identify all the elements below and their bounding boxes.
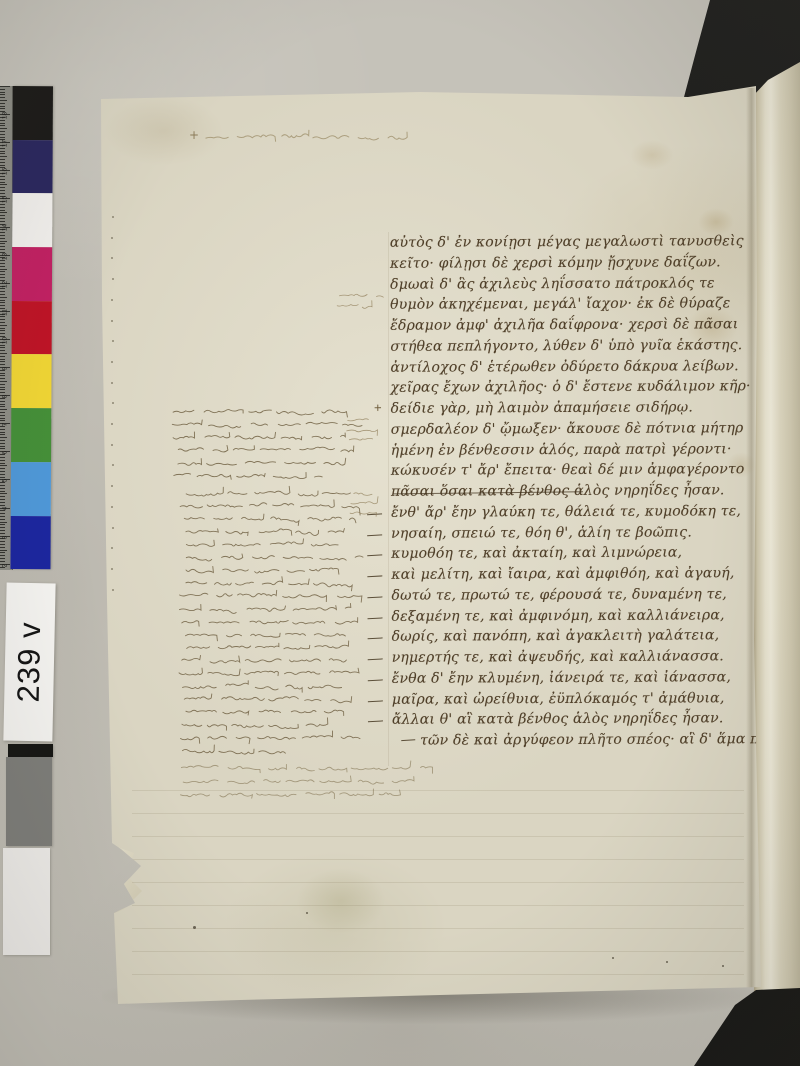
ruler-tick	[0, 86, 10, 87]
side-note-mid	[346, 414, 390, 458]
verse-line: σμερδαλέον δ' ᾤμωξεν· ἄκουσε δὲ πότνια μ…	[391, 420, 744, 442]
ruler-tick	[0, 527, 5, 528]
ruler-tick	[0, 294, 5, 295]
ruler-tick	[0, 544, 5, 545]
ruler-tick	[0, 297, 7, 298]
ruler-tick	[0, 381, 7, 382]
verse-line: ἀντίλοχος δ' ἑτέρωθεν ὀδύρετο δάκρυα λεί…	[390, 358, 738, 380]
ruler-tick	[0, 499, 5, 500]
color-patch-yellow	[11, 354, 51, 408]
ruler-tick	[0, 465, 7, 466]
verse-line: δωτώ τε, πρωτώ τε, φέρουσά τε, δυναμένη …	[391, 586, 727, 607]
ruler-number: 18	[2, 110, 9, 122]
ruler-tick	[0, 94, 5, 95]
ruler-number: 16	[2, 166, 9, 178]
verse-line: τῶν δὲ καὶ ἀργύφεον πλῆτο σπέος· αἳ δ' ἅ…	[392, 731, 794, 753]
ruler-tick	[0, 468, 5, 469]
ink-speck	[666, 961, 668, 963]
ruler-tick	[0, 106, 5, 107]
grayscale-patch-white	[3, 848, 50, 955]
pricking-hole	[111, 444, 113, 446]
pricking-hole	[112, 216, 114, 218]
ruler-tick	[0, 471, 5, 472]
ruler-number: 7	[2, 419, 9, 431]
color-patch-black	[13, 86, 53, 140]
verse-line: θυμὸν ἀκηχέμεναι, μεγάλ' ἴαχον· ἐκ δὲ θύ…	[390, 296, 730, 317]
header-cross-mark: +	[189, 128, 199, 142]
ruler-tick	[0, 128, 7, 129]
ruler-tick	[0, 350, 5, 351]
verse-line: νησαίη, σπειώ τε, θόη θ', ἁλίη τε βοῶπις…	[391, 524, 692, 545]
ruler-tick	[0, 496, 5, 497]
verse-line: δείδιε γὰρ, μὴ λαιμὸν ἀπαμήσειε σιδήρῳ.+	[391, 399, 693, 420]
ruler-tick	[0, 555, 5, 556]
ruler-number: 13	[2, 250, 9, 262]
ruler-number: 12	[2, 278, 9, 290]
verse-line: κυμοθόη τε, καὶ ἀκταίη, καὶ λιμνώρεια,	[391, 545, 682, 566]
ruling-line	[132, 905, 744, 906]
ruling-line	[132, 974, 744, 975]
ruling-line	[132, 859, 744, 860]
ruler-tick	[0, 215, 5, 216]
pricking-hole	[112, 527, 114, 529]
pricking-hole	[111, 320, 113, 322]
verse-line: πᾶσαι ὅσαι κατὰ βένθος ἁλὸς νηρηΐδες ἦσα…	[391, 482, 725, 503]
ruler-tick	[0, 246, 5, 247]
ruler-tick	[0, 131, 5, 132]
ruler-tick	[0, 319, 5, 320]
folio-number-text: 239 v	[11, 621, 49, 703]
pricking-hole	[112, 464, 114, 466]
ruler-tick	[0, 266, 5, 267]
ink-speck	[612, 957, 614, 959]
pricking-hole	[111, 237, 113, 239]
ruler-tick	[0, 238, 5, 239]
ruler-tick	[0, 347, 5, 348]
ruler-tick	[0, 123, 5, 124]
color-patch-red	[12, 301, 52, 355]
verse-line: καὶ μελίτη, καὶ ἴαιρα, καὶ ἀμφιθόη, καὶ …	[391, 565, 734, 586]
color-patch-light-blue	[11, 462, 51, 516]
ruler-tick	[0, 271, 5, 272]
color-patch-white	[12, 193, 52, 247]
ruler-tick	[0, 100, 7, 101]
ruler-number: 5	[2, 475, 9, 487]
ruler-tick	[0, 356, 5, 357]
parchment-stain	[630, 140, 674, 170]
color-patch-dark-blue	[10, 515, 50, 569]
ruler-number: 2	[2, 559, 9, 571]
verse-line: ἄλλαι θ' αἳ κατὰ βένθος ἁλὸς νηρηΐδες ἦσ…	[392, 711, 724, 732]
ruler-tick	[0, 89, 5, 90]
ruler-tick	[0, 493, 7, 494]
ruler-tick	[0, 378, 5, 379]
strike-through-mark	[393, 491, 583, 494]
ruler-tick	[0, 463, 5, 464]
ruler-tick	[0, 218, 5, 219]
ruling-line	[132, 836, 744, 837]
ruler-number: 17	[2, 138, 9, 150]
grayscale-patch-gray	[6, 757, 52, 846]
ruler-tick	[0, 103, 5, 104]
ruler-tick	[0, 241, 7, 242]
obelus-mark	[401, 731, 415, 741]
folio-number-label: 239 v	[3, 583, 55, 742]
verse-line: ἡμένη ἐν βένθεσσιν ἁλός, παρὰ πατρὶ γέρο…	[391, 441, 732, 462]
pricking-hole	[111, 423, 113, 425]
ruling-line	[132, 813, 744, 814]
ruler-tick	[0, 92, 5, 93]
ruler-tick	[0, 134, 5, 135]
ruler-tick	[0, 159, 5, 160]
pricking-hole	[112, 589, 114, 591]
ruler-tick	[0, 212, 7, 213]
parchment-stain	[296, 868, 386, 934]
verse-line: κώκυσέν τ' ἄρ' ἔπειτα· θεαὶ δέ μιν ἀμφαγ…	[391, 461, 745, 483]
ruler-tick	[0, 190, 5, 191]
verse-line: ἔδραμον ἀμφ' ἀχιλῆα δαΐφρονα· χερσὶ δὲ π…	[390, 316, 738, 338]
pricking-hole	[111, 568, 113, 570]
ruler-number: 11	[2, 306, 9, 318]
book-fore-edge	[753, 50, 800, 1035]
verse-line: δμωαὶ δ' ἃς ἀχιλεὺς ληΐσσατο πάτροκλός τ…	[390, 275, 715, 296]
marginal-plus-mark: +	[374, 403, 383, 414]
verse-line: νημερτής τε, καὶ ἀψευδής, καὶ καλλιάνασσ…	[392, 648, 724, 669]
pricking-hole	[112, 402, 114, 404]
color-calibration-bar	[10, 86, 53, 569]
ruler-tick	[0, 353, 7, 354]
ruler-tick	[0, 519, 5, 520]
main-text-iliad-lines: αὐτὸς δ' ἐν κονίῃσι μέγας μεγαλωστὶ τανυ…	[390, 233, 746, 765]
grayscale-patch-black	[8, 744, 53, 757]
ruler-tick	[0, 415, 5, 416]
ruler-tick	[0, 274, 5, 275]
pricking-hole	[112, 278, 114, 280]
ruler-tick	[0, 151, 5, 152]
ruler-tick	[0, 322, 5, 323]
ruler-tick	[0, 359, 5, 360]
verse-line: κεῖτο· φίλῃσι δὲ χερσὶ κόμην ᾔσχυνε δαΐζ…	[390, 254, 721, 275]
ruler-tick	[0, 291, 5, 292]
ruler-tick	[0, 243, 5, 244]
pricking-hole	[111, 547, 113, 549]
page-right-crease	[746, 88, 756, 988]
ruler-tick	[0, 179, 5, 180]
verse-line: μαῖρα, καὶ ὠρείθυια, ἐϋπλόκαμός τ' ἀμάθυ…	[392, 690, 725, 711]
ruling-line	[132, 951, 744, 952]
ink-speck	[722, 965, 724, 967]
ruler-tick	[0, 235, 5, 236]
ruler-tick	[0, 330, 5, 331]
ruler-tick	[0, 412, 5, 413]
pricking-hole	[111, 299, 113, 301]
pricking-hole	[111, 485, 113, 487]
scholium-left-upper	[172, 406, 372, 497]
ruler-tick	[0, 156, 7, 157]
ruler-tick	[0, 210, 5, 211]
ruler-tick	[0, 443, 5, 444]
color-patch-navy	[12, 140, 52, 194]
pricking-hole	[111, 257, 113, 259]
ruler-tick	[0, 375, 5, 376]
ruler-number: 10	[2, 334, 9, 346]
pricking-hole	[111, 361, 113, 363]
ruler-tick	[0, 125, 5, 126]
ruler-tick	[0, 325, 7, 326]
ruling-line	[132, 928, 744, 929]
ruler-tick	[0, 552, 5, 553]
verse-line: ἔνθα δ' ἔην κλυμένη, ἰάνειρά τε, καὶ ἰάν…	[392, 669, 731, 690]
ruler-number: 15	[2, 194, 9, 206]
ruler-tick	[0, 550, 7, 551]
ruler-number: 3	[2, 531, 9, 543]
ruler-tick	[0, 409, 7, 410]
color-patch-magenta	[12, 247, 52, 301]
ruler-tick	[0, 524, 5, 525]
verse-line: ἔνθ' ἄρ' ἔην γλαύκη τε, θάλειά τε, κυμοδ…	[391, 503, 741, 525]
ruler-tick	[0, 184, 7, 185]
ruler-tick	[0, 432, 5, 433]
ruler-number: 6	[2, 447, 9, 459]
ruler-tick	[0, 384, 5, 385]
justification-line	[388, 232, 389, 766]
ruler-tick	[0, 460, 5, 461]
pricking-hole	[111, 382, 113, 384]
verse-line: στήθεα πεπλήγοντο, λύθεν δ' ὑπὸ γυῖα ἑκά…	[390, 337, 742, 359]
ruling-line	[132, 882, 744, 883]
ruler-tick	[0, 302, 5, 303]
ruler-tick	[0, 153, 5, 154]
ink-speck	[193, 926, 196, 929]
ruler-tick	[0, 404, 5, 405]
header-inscription	[203, 131, 609, 157]
ruler-tick	[0, 406, 5, 407]
ruler-tick	[0, 440, 5, 441]
ruler-tick	[0, 522, 7, 523]
verse-line: αὐτὸς δ' ἐν κονίῃσι μέγας μεγαλωστὶ τανυ…	[390, 233, 744, 255]
ruler-tick	[0, 269, 7, 270]
verse-line: δωρίς, καὶ πανόπη, καὶ ἀγακλειτὴ γαλάτει…	[392, 628, 720, 649]
ruler-tick	[0, 187, 5, 188]
ruler-tick	[0, 491, 5, 492]
ruler-number: 9	[2, 362, 9, 374]
ruler-tick	[0, 207, 5, 208]
ink-speck	[306, 912, 308, 914]
side-note-lower	[346, 487, 390, 531]
verse-line: δεξαμένη τε, καὶ ἀμφινόμη, καὶ καλλιάνει…	[391, 607, 724, 628]
ruler-tick	[0, 437, 7, 438]
parchment-stain	[698, 208, 734, 236]
ruler-tick	[0, 97, 5, 98]
scholium-foot	[176, 762, 462, 816]
ruler-tick	[0, 300, 5, 301]
ruler-tick	[0, 488, 5, 489]
ruler-tick	[0, 516, 5, 517]
manuscript-photograph: + αὐτὸς δ' ἐν κονίῃσι μέγας μεγαλωστὶ τα…	[0, 0, 800, 1066]
verse-line: χεῖρας ἔχων ἀχιλῆος· ὁ δ' ἔστενε κυδάλιμ…	[390, 378, 750, 400]
ruler-tick	[0, 547, 5, 548]
color-patch-green	[11, 408, 51, 462]
ruler-tick	[0, 328, 5, 329]
ruler-number: 14	[2, 222, 9, 234]
ruling-line	[132, 790, 744, 791]
ruler-tick	[0, 434, 5, 435]
pricking-hole	[111, 506, 113, 508]
ruler-number: 4	[2, 503, 9, 515]
pricking-hole	[112, 340, 114, 342]
ruler-tick	[0, 263, 5, 264]
ruler-tick	[0, 387, 5, 388]
ruler-tick	[0, 162, 5, 163]
ruler-tick	[0, 182, 5, 183]
ruler-number: 8	[2, 391, 9, 403]
